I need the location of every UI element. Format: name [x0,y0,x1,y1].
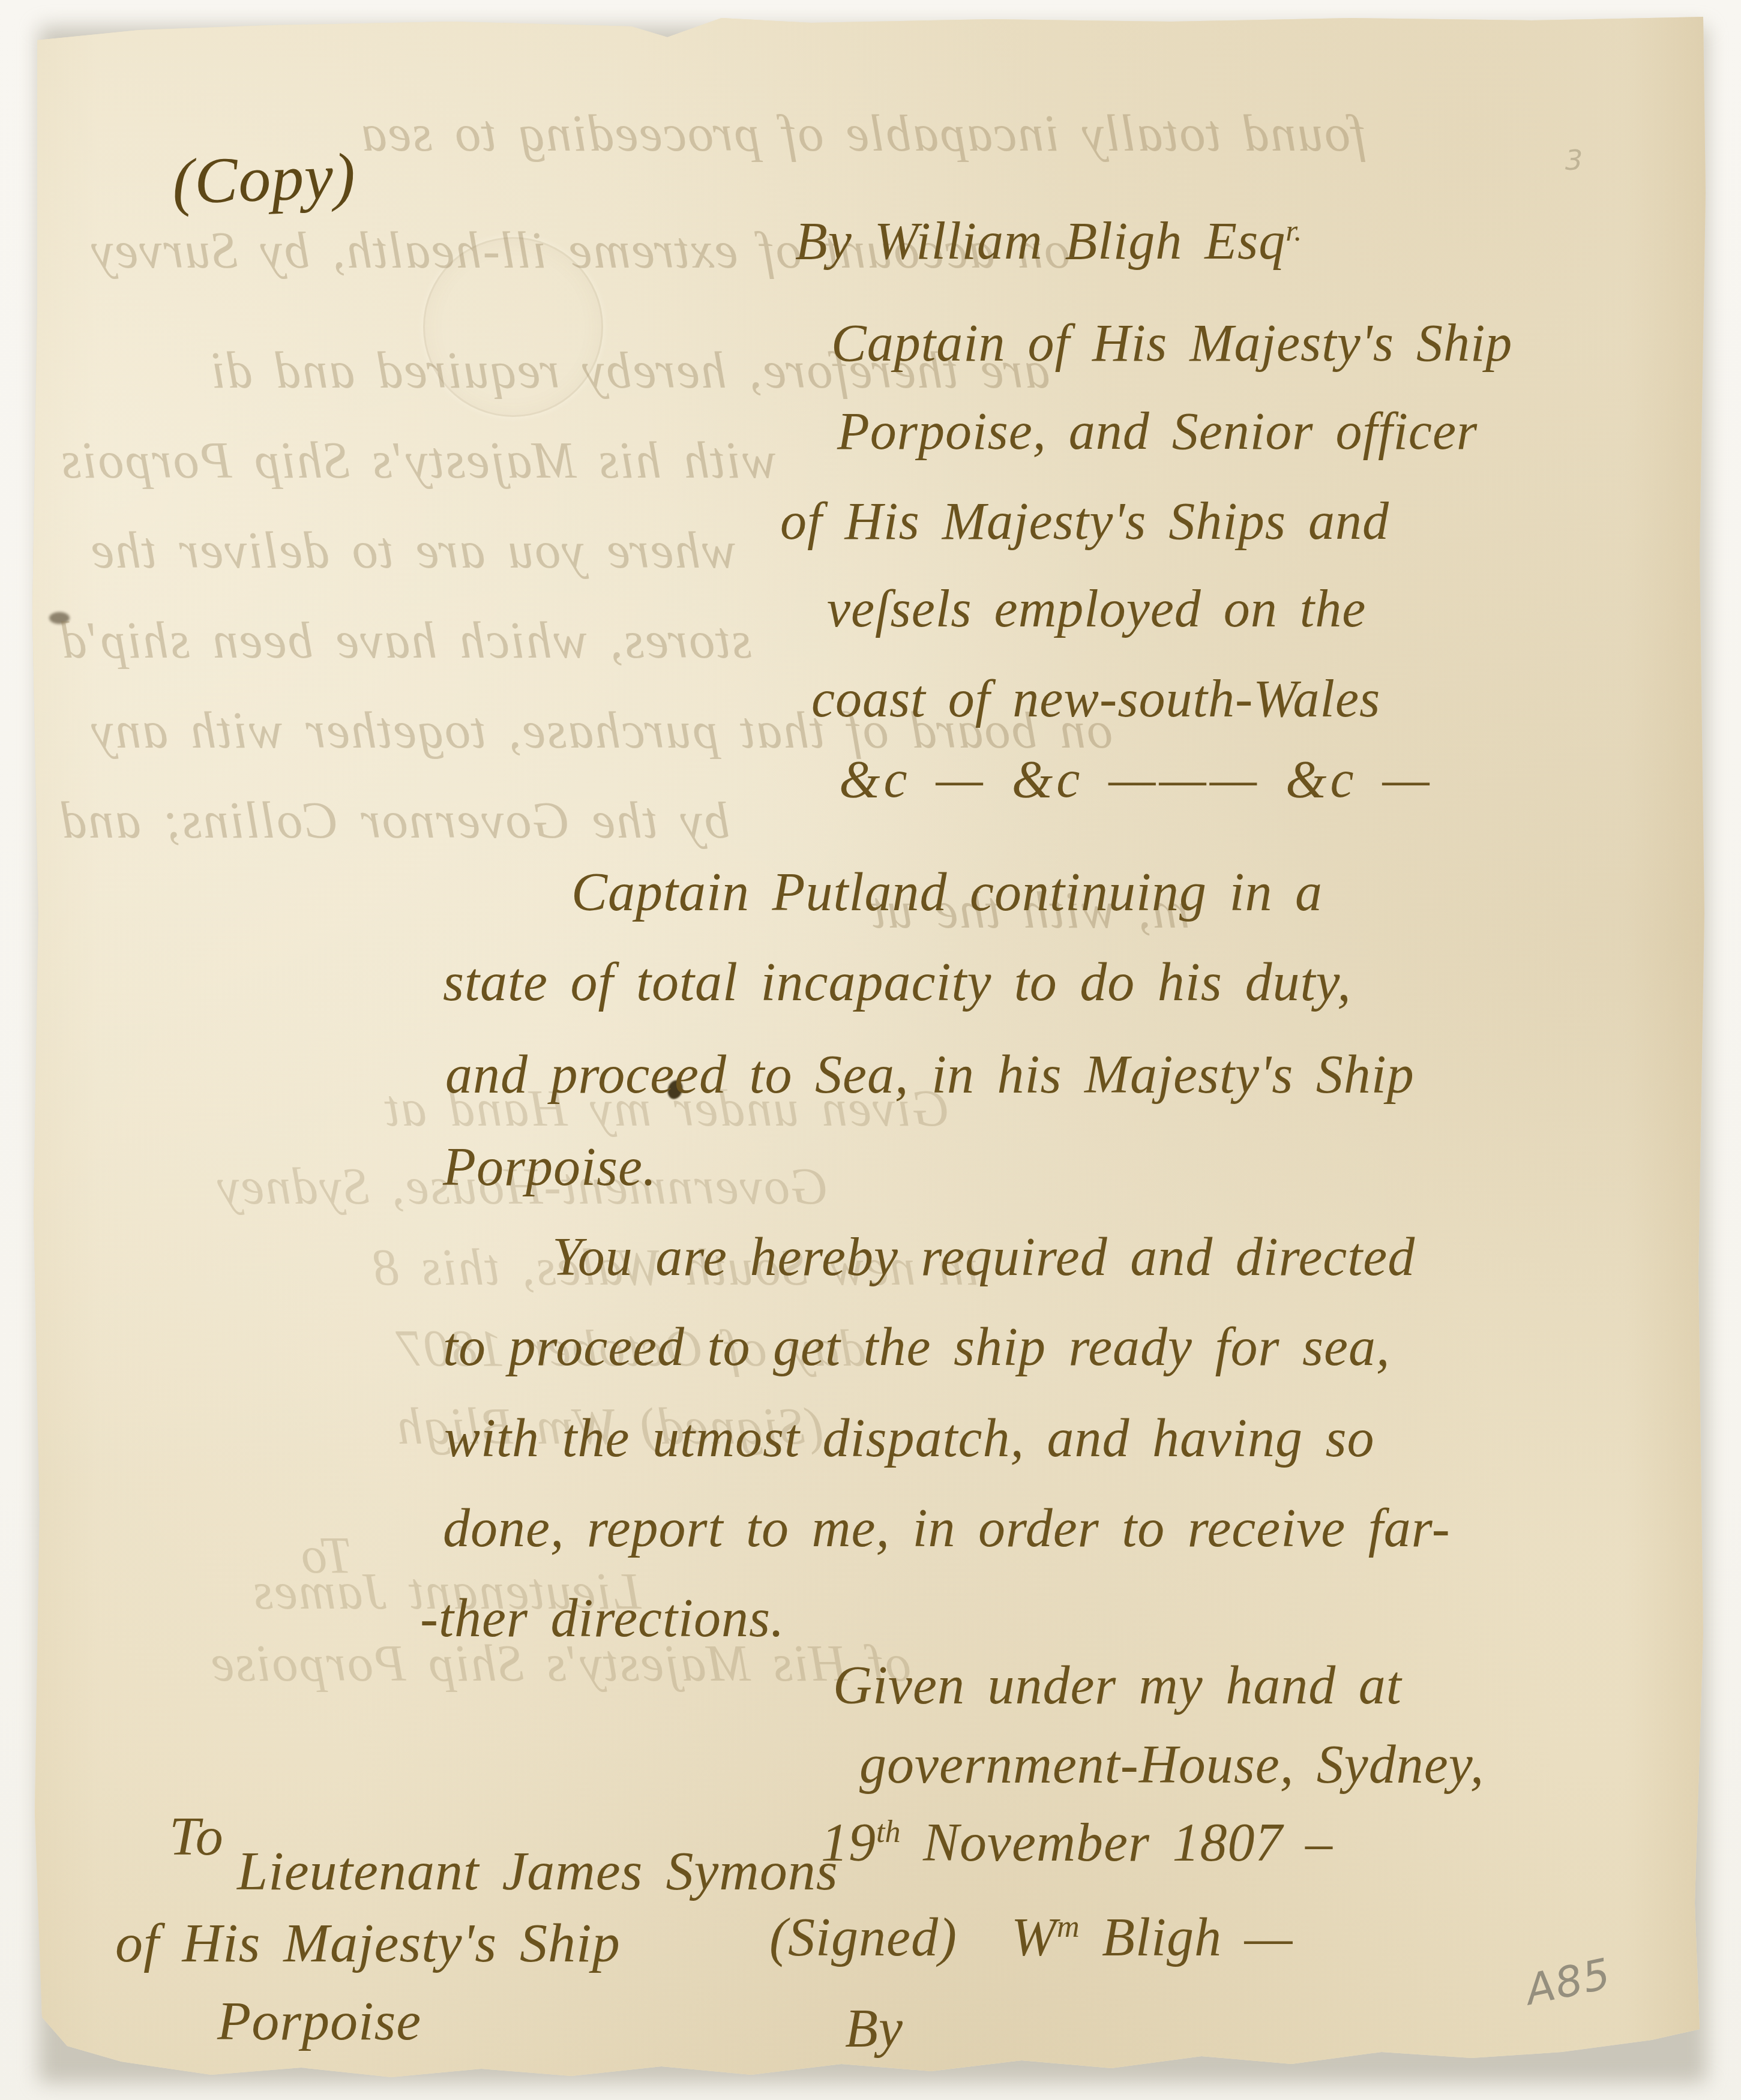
closing-given-line: Given under my hand at [833,1656,1402,1715]
archival-pencil-mark: A85 [1521,1949,1616,2015]
paragraph1-line-2: state of total incapacity to do his duty… [443,953,1352,1012]
signed-label: (Signed) [769,1908,957,1967]
closing-date-ordinal: th [876,1814,901,1849]
bleed-through-line: with his Majesty's Ship Porpois [60,430,777,490]
heading-author-superscript: r. [1285,214,1302,248]
heading-title-line-2: Porpoise, and Senior officer [837,403,1478,461]
closing-place-line: government-House, Sydney, [859,1735,1484,1795]
bleed-through-line: where you are to deliver the [90,520,736,580]
heading-title-line-4: veſsels employed on the [827,581,1366,639]
heading-title-line-1: Captain of His Majesty's Ship [831,315,1512,373]
bleed-through-line: by the Governor Collins; and [60,790,730,850]
paragraph2-line-2: to proceed to get the ship ready for sea… [443,1318,1391,1377]
heading-title-line-3: of His Majesty's Ships and [780,493,1389,551]
signer-superscript: m [1057,1909,1080,1944]
scanned-document-background: { "page": { "copy_note": "(Copy)", "head… [0,0,1741,2100]
closing-date-line: 19th November 1807 – [821,1813,1333,1873]
heading-etcetera-line: &c — &c ——— &c — [839,751,1433,809]
paragraph2-line-4: done, report to me, in order to receive … [443,1499,1451,1558]
addressee-ship-name: Porpoise [217,1991,421,2051]
faint-page-number: 3 [1565,144,1583,176]
heading-title-line-5: coast of new-south-Wales [811,671,1380,729]
manuscript-page: found totally incapable of proceeding to… [31,13,1709,2080]
copy-annotation: (Copy) [171,141,357,218]
paragraph1-line-4: Porpoise. [443,1138,657,1197]
addressee-name: Lieutenant James Symons [237,1841,838,1901]
bleed-through-line: stores, which have been ship'd [60,610,752,670]
paragraph1-line-3: and proceed to Sea, in his Majesty's Shi… [445,1045,1415,1105]
paragraph2-line-1: You are hereby required and directed [552,1228,1415,1287]
addressee-ship-line: of His Majesty's Ship [115,1913,621,1973]
addressee-to-label: To [169,1806,224,1867]
bleed-through-line: found totally incapable of proceeding to… [360,103,1366,163]
signer-initial: W [1011,1908,1057,1967]
paragraph1-line-1: Captain Putland continuing in a [571,863,1323,922]
paragraph2-line-5: -ther directions. [420,1589,785,1648]
signer-surname: Bligh — [1080,1908,1293,1967]
paragraph2-line-3: with the utmost dispatch, and having so [444,1409,1374,1468]
catchword: By [845,1999,903,2059]
closing-signature-line: (Signed)Wm Bligh — [769,1908,1293,1967]
closing-date-rest: November 1807 – [901,1813,1333,1873]
heading-author-text: By William Bligh Esq [795,212,1285,271]
heading-author-line: By William Bligh Esqr. [795,213,1302,271]
